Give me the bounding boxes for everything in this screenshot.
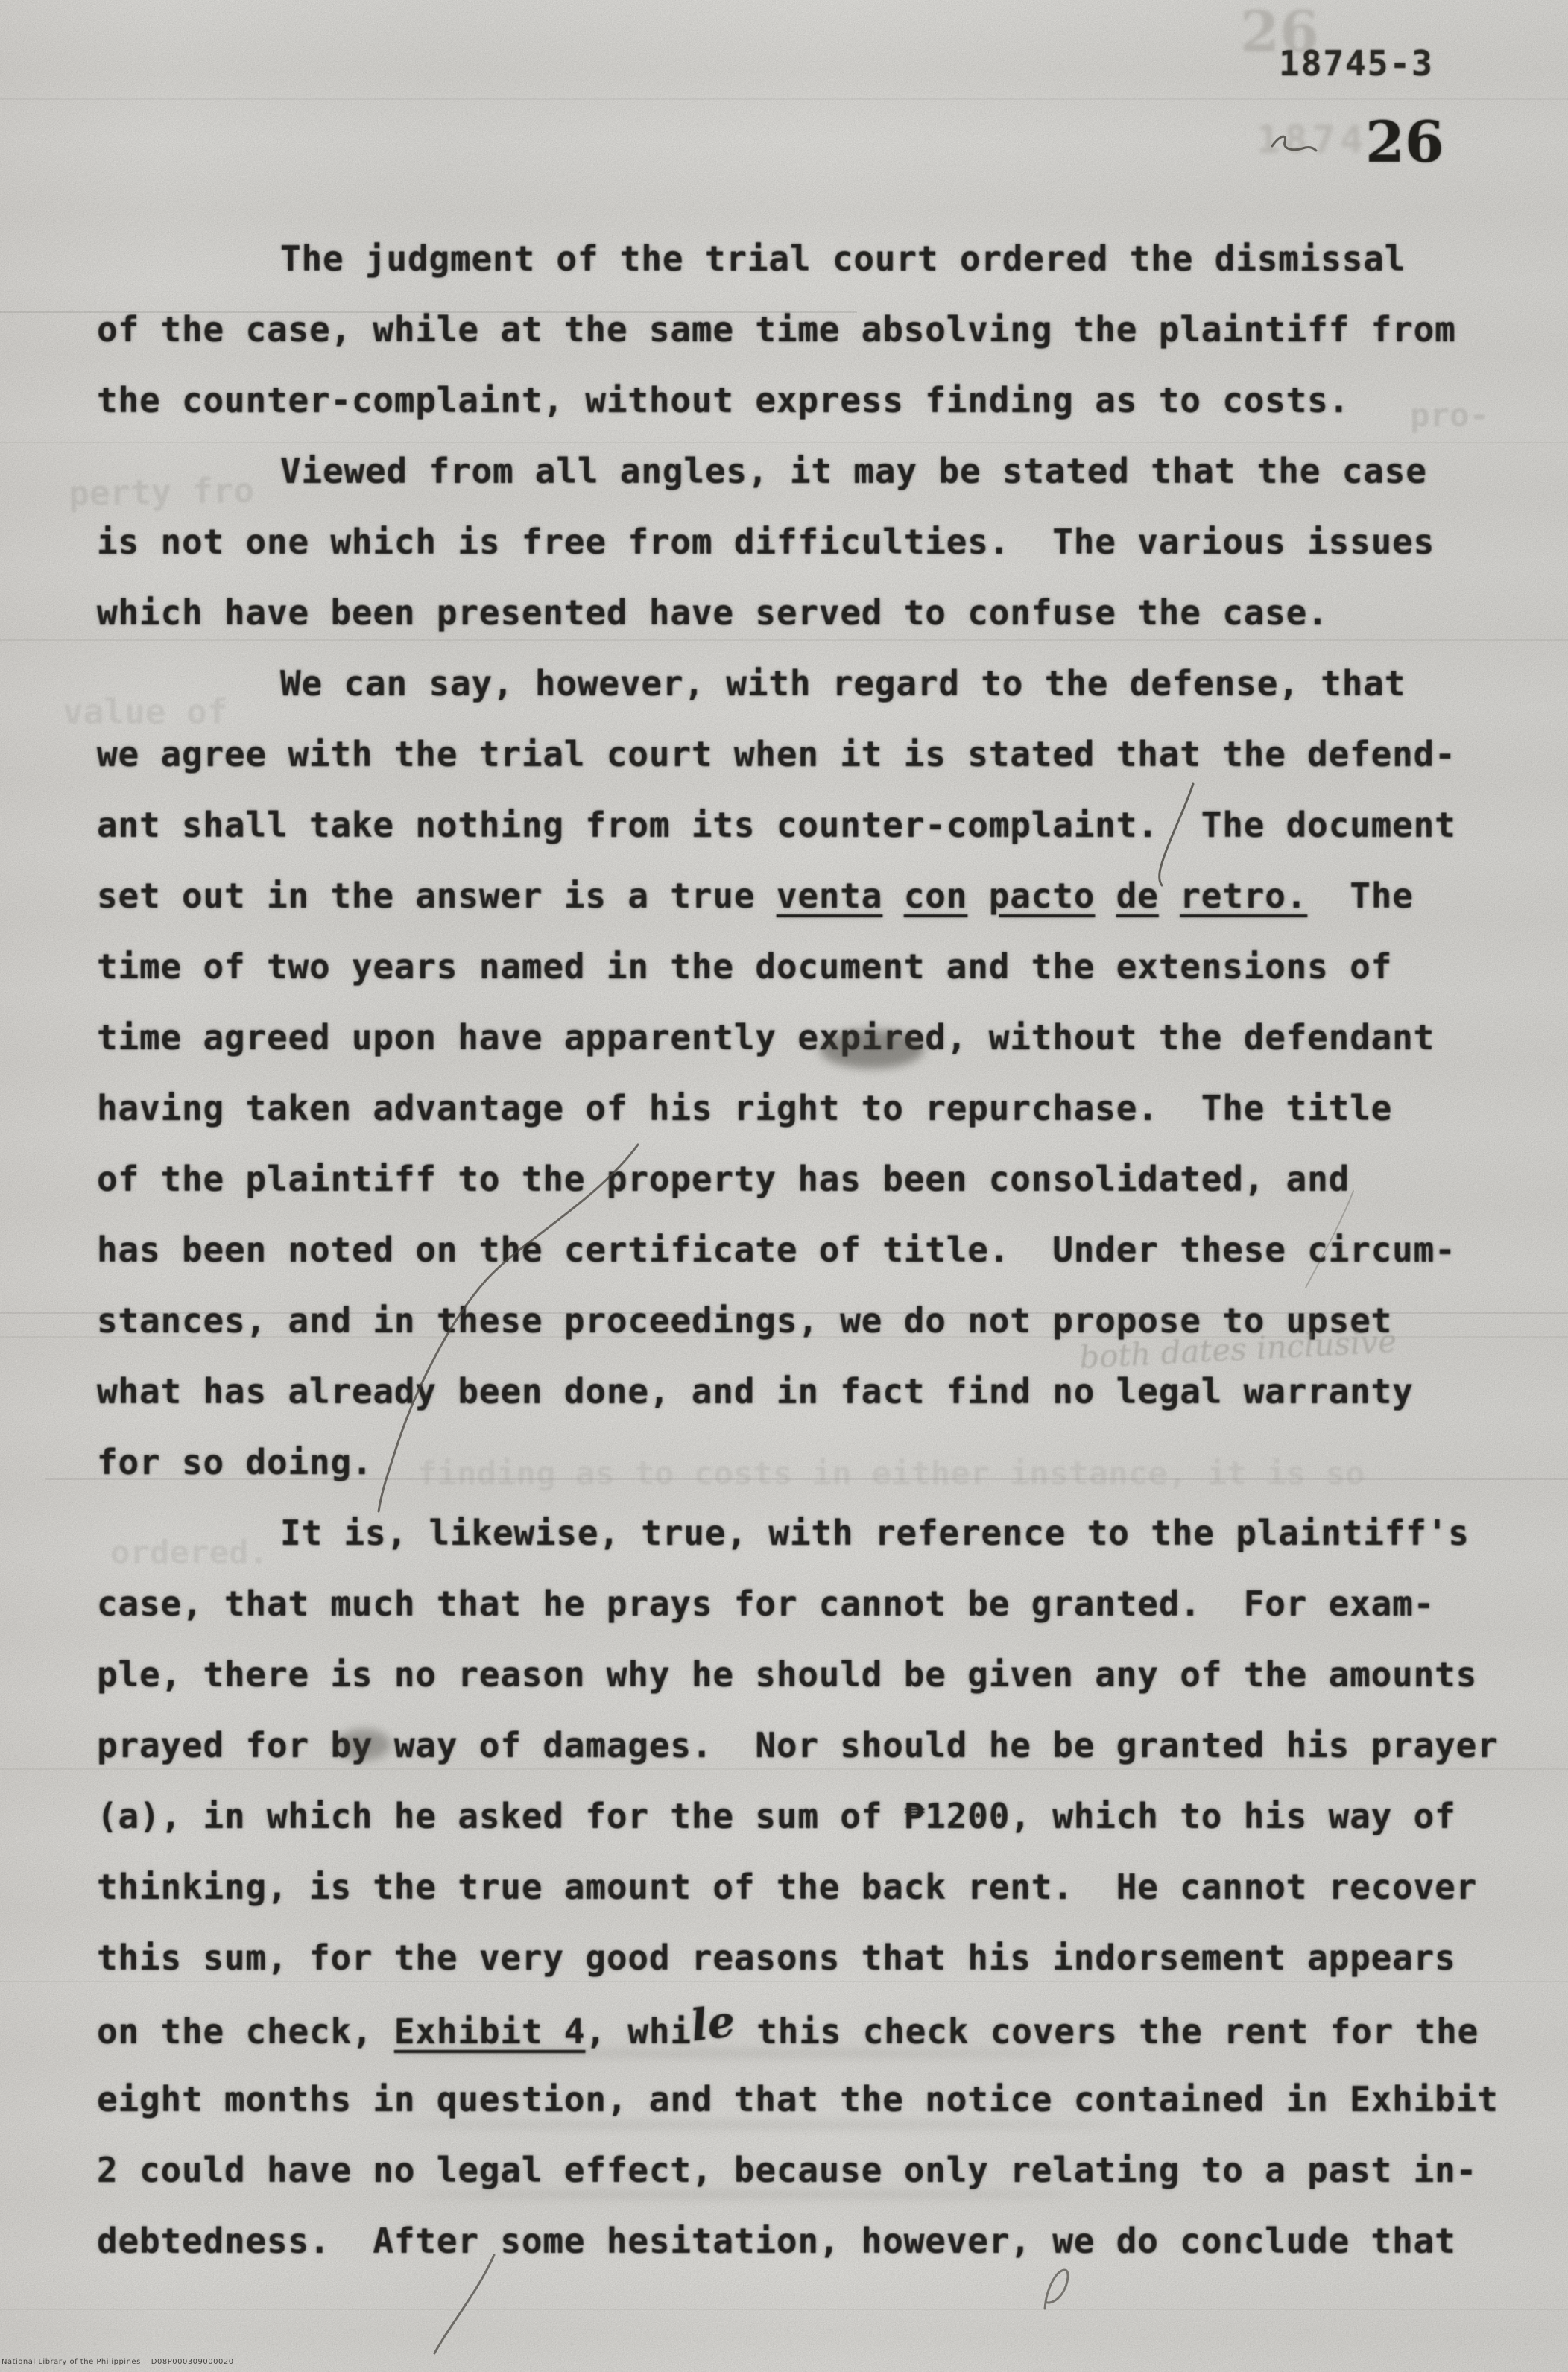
watermark-label: National Library of the Philippines bbox=[1, 2358, 141, 2366]
typed-text: for so doing. bbox=[97, 1442, 373, 1482]
typed-text: prayed for by way of damages. Nor should… bbox=[97, 1725, 1499, 1765]
ghost-text: ordered. bbox=[110, 1534, 268, 1572]
typed-text: having taken advantage of his right to r… bbox=[97, 1088, 1392, 1128]
text-line: Viewed from all angles, it may be stated… bbox=[97, 436, 1535, 507]
typed-text: time agreed upon have apparently expired… bbox=[97, 1017, 1435, 1057]
text-line: debtedness. After some hesitation, howev… bbox=[97, 2206, 1535, 2277]
text-line: (a), in which he asked for the sum of ₱1… bbox=[97, 1781, 1535, 1852]
case-number: 18745-3 bbox=[1279, 43, 1434, 83]
text-line: of the case, while at the same time abso… bbox=[97, 294, 1535, 365]
typed-text: on the check, bbox=[97, 2011, 394, 2052]
text-line: time of two years named in the document … bbox=[97, 932, 1535, 1002]
text-line: time agreed upon have apparently expired… bbox=[97, 1002, 1535, 1073]
typed-text bbox=[882, 876, 904, 916]
page-number: 26 bbox=[1365, 109, 1444, 175]
text-line: this sum, for the very good reasons that… bbox=[97, 1923, 1535, 1993]
typed-text: ple, there is no reason why he should be… bbox=[97, 1654, 1477, 1695]
watermark: National Library of the PhilippinesD08P0… bbox=[1, 2358, 234, 2366]
text-line: It is, likewise, true, with reference to… bbox=[97, 1498, 1535, 1569]
typed-text: has been noted on the certificate of tit… bbox=[97, 1230, 1456, 1270]
text-line: set out in the answer is a true venta co… bbox=[97, 861, 1535, 932]
typed-text: (a), in which he asked for the sum of ₱1… bbox=[97, 1796, 1456, 1836]
ink-smudge bbox=[402, 2049, 1088, 2057]
ghost-case-number-fragment: 1874 bbox=[1256, 118, 1368, 162]
text-line: is not one which is free from difficulti… bbox=[97, 507, 1535, 578]
underlined-text: venta bbox=[777, 876, 882, 916]
text-line: The judgment of the trial court ordered … bbox=[97, 224, 1535, 294]
typed-text: The judgment of the trial court ordered … bbox=[280, 238, 1406, 279]
typed-text: which have been presented have served to… bbox=[97, 592, 1329, 633]
ghost-text: value of bbox=[63, 692, 228, 732]
text-line: we agree with the trial court when it is… bbox=[97, 719, 1535, 790]
ghost-text: pro- bbox=[1410, 396, 1489, 434]
text-layer: The judgment of the trial court ordered … bbox=[97, 224, 1535, 2277]
typed-text: this sum, for the very good reasons that… bbox=[97, 1938, 1456, 1978]
typed-text: eight months in question, and that the n… bbox=[97, 2079, 1499, 2119]
underlined-text: retro. bbox=[1180, 876, 1307, 916]
text-line: the counter-complaint, without express f… bbox=[97, 365, 1535, 436]
text-line: case, that much that he prays for cannot… bbox=[97, 1569, 1535, 1639]
underlined-text: con bbox=[904, 876, 967, 916]
ink-smudge bbox=[820, 1030, 924, 1069]
typed-text: is not one which is free from difficulti… bbox=[97, 522, 1435, 562]
typed-text bbox=[1095, 876, 1116, 916]
scan-artifact bbox=[0, 98, 1568, 100]
typed-text: It is, likewise, true, with reference to… bbox=[280, 1513, 1470, 1553]
typed-text: time of two years named in the document … bbox=[97, 946, 1392, 987]
typed-text: of the case, while at the same time abso… bbox=[97, 309, 1456, 350]
watermark-code: D08P000309000020 bbox=[151, 2358, 234, 2366]
ink-smudge bbox=[337, 1729, 391, 1760]
typed-text: Viewed from all angles, it may be stated… bbox=[280, 451, 1427, 491]
typed-text: We can say, however, with regard to the … bbox=[280, 663, 1406, 703]
text-line: We can say, however, with regard to the … bbox=[97, 648, 1535, 719]
typed-text: The bbox=[1307, 876, 1413, 916]
typed-text: this check covers the rent for the bbox=[736, 2011, 1479, 2052]
typed-text: what has already been done, and in fact … bbox=[97, 1371, 1414, 1411]
ghost-text: finding as to costs in either instance, … bbox=[417, 1455, 1365, 1493]
underlined-text: Exhibit 4 bbox=[394, 2011, 585, 2052]
ink-smudge bbox=[417, 2191, 1073, 2198]
typed-text: thinking, is the true amount of the back… bbox=[97, 1867, 1477, 1907]
text-line: which have been presented have served to… bbox=[97, 578, 1535, 648]
underlined-text: pacto bbox=[989, 876, 1095, 916]
typed-text: set out in the answer is a true bbox=[97, 876, 777, 916]
typed-text: case, that much that he prays for cannot… bbox=[97, 1584, 1435, 1624]
ink-smudge bbox=[391, 2121, 1122, 2128]
ghost-text: perty fro bbox=[69, 470, 255, 513]
typed-text: debtedness. After some hesitation, howev… bbox=[97, 2221, 1456, 2261]
text-line: having taken advantage of his right to r… bbox=[97, 1073, 1535, 1144]
typed-text: the counter-complaint, without express f… bbox=[97, 380, 1350, 420]
typed-text: we agree with the trial court when it is… bbox=[97, 734, 1456, 774]
typed-text: , whi bbox=[585, 2011, 691, 2052]
text-line: of the plaintiff to the property has bee… bbox=[97, 1144, 1535, 1215]
typed-text: ant shall take nothing from its counter-… bbox=[97, 805, 1456, 845]
typed-text bbox=[967, 876, 989, 916]
text-line: ple, there is no reason why he should be… bbox=[97, 1639, 1535, 1710]
underlined-text: de bbox=[1116, 876, 1159, 916]
text-line: thinking, is the true amount of the back… bbox=[97, 1852, 1535, 1923]
typed-text: 2 could have no legal effect, because on… bbox=[97, 2150, 1477, 2190]
text-line: prayed for by way of damages. Nor should… bbox=[97, 1710, 1535, 1781]
scan-artifact bbox=[0, 2309, 1568, 2310]
scanned-document-page: 26 18745-3 1874 26 The judgment of the t… bbox=[0, 0, 1568, 2372]
typed-text bbox=[1159, 876, 1180, 916]
text-line: has been noted on the certificate of tit… bbox=[97, 1215, 1535, 1285]
text-line: ant shall take nothing from its counter-… bbox=[97, 790, 1535, 861]
typed-text: of the plaintiff to the property has bee… bbox=[97, 1159, 1350, 1199]
text-line: what has already been done, and in fact … bbox=[97, 1356, 1535, 1427]
